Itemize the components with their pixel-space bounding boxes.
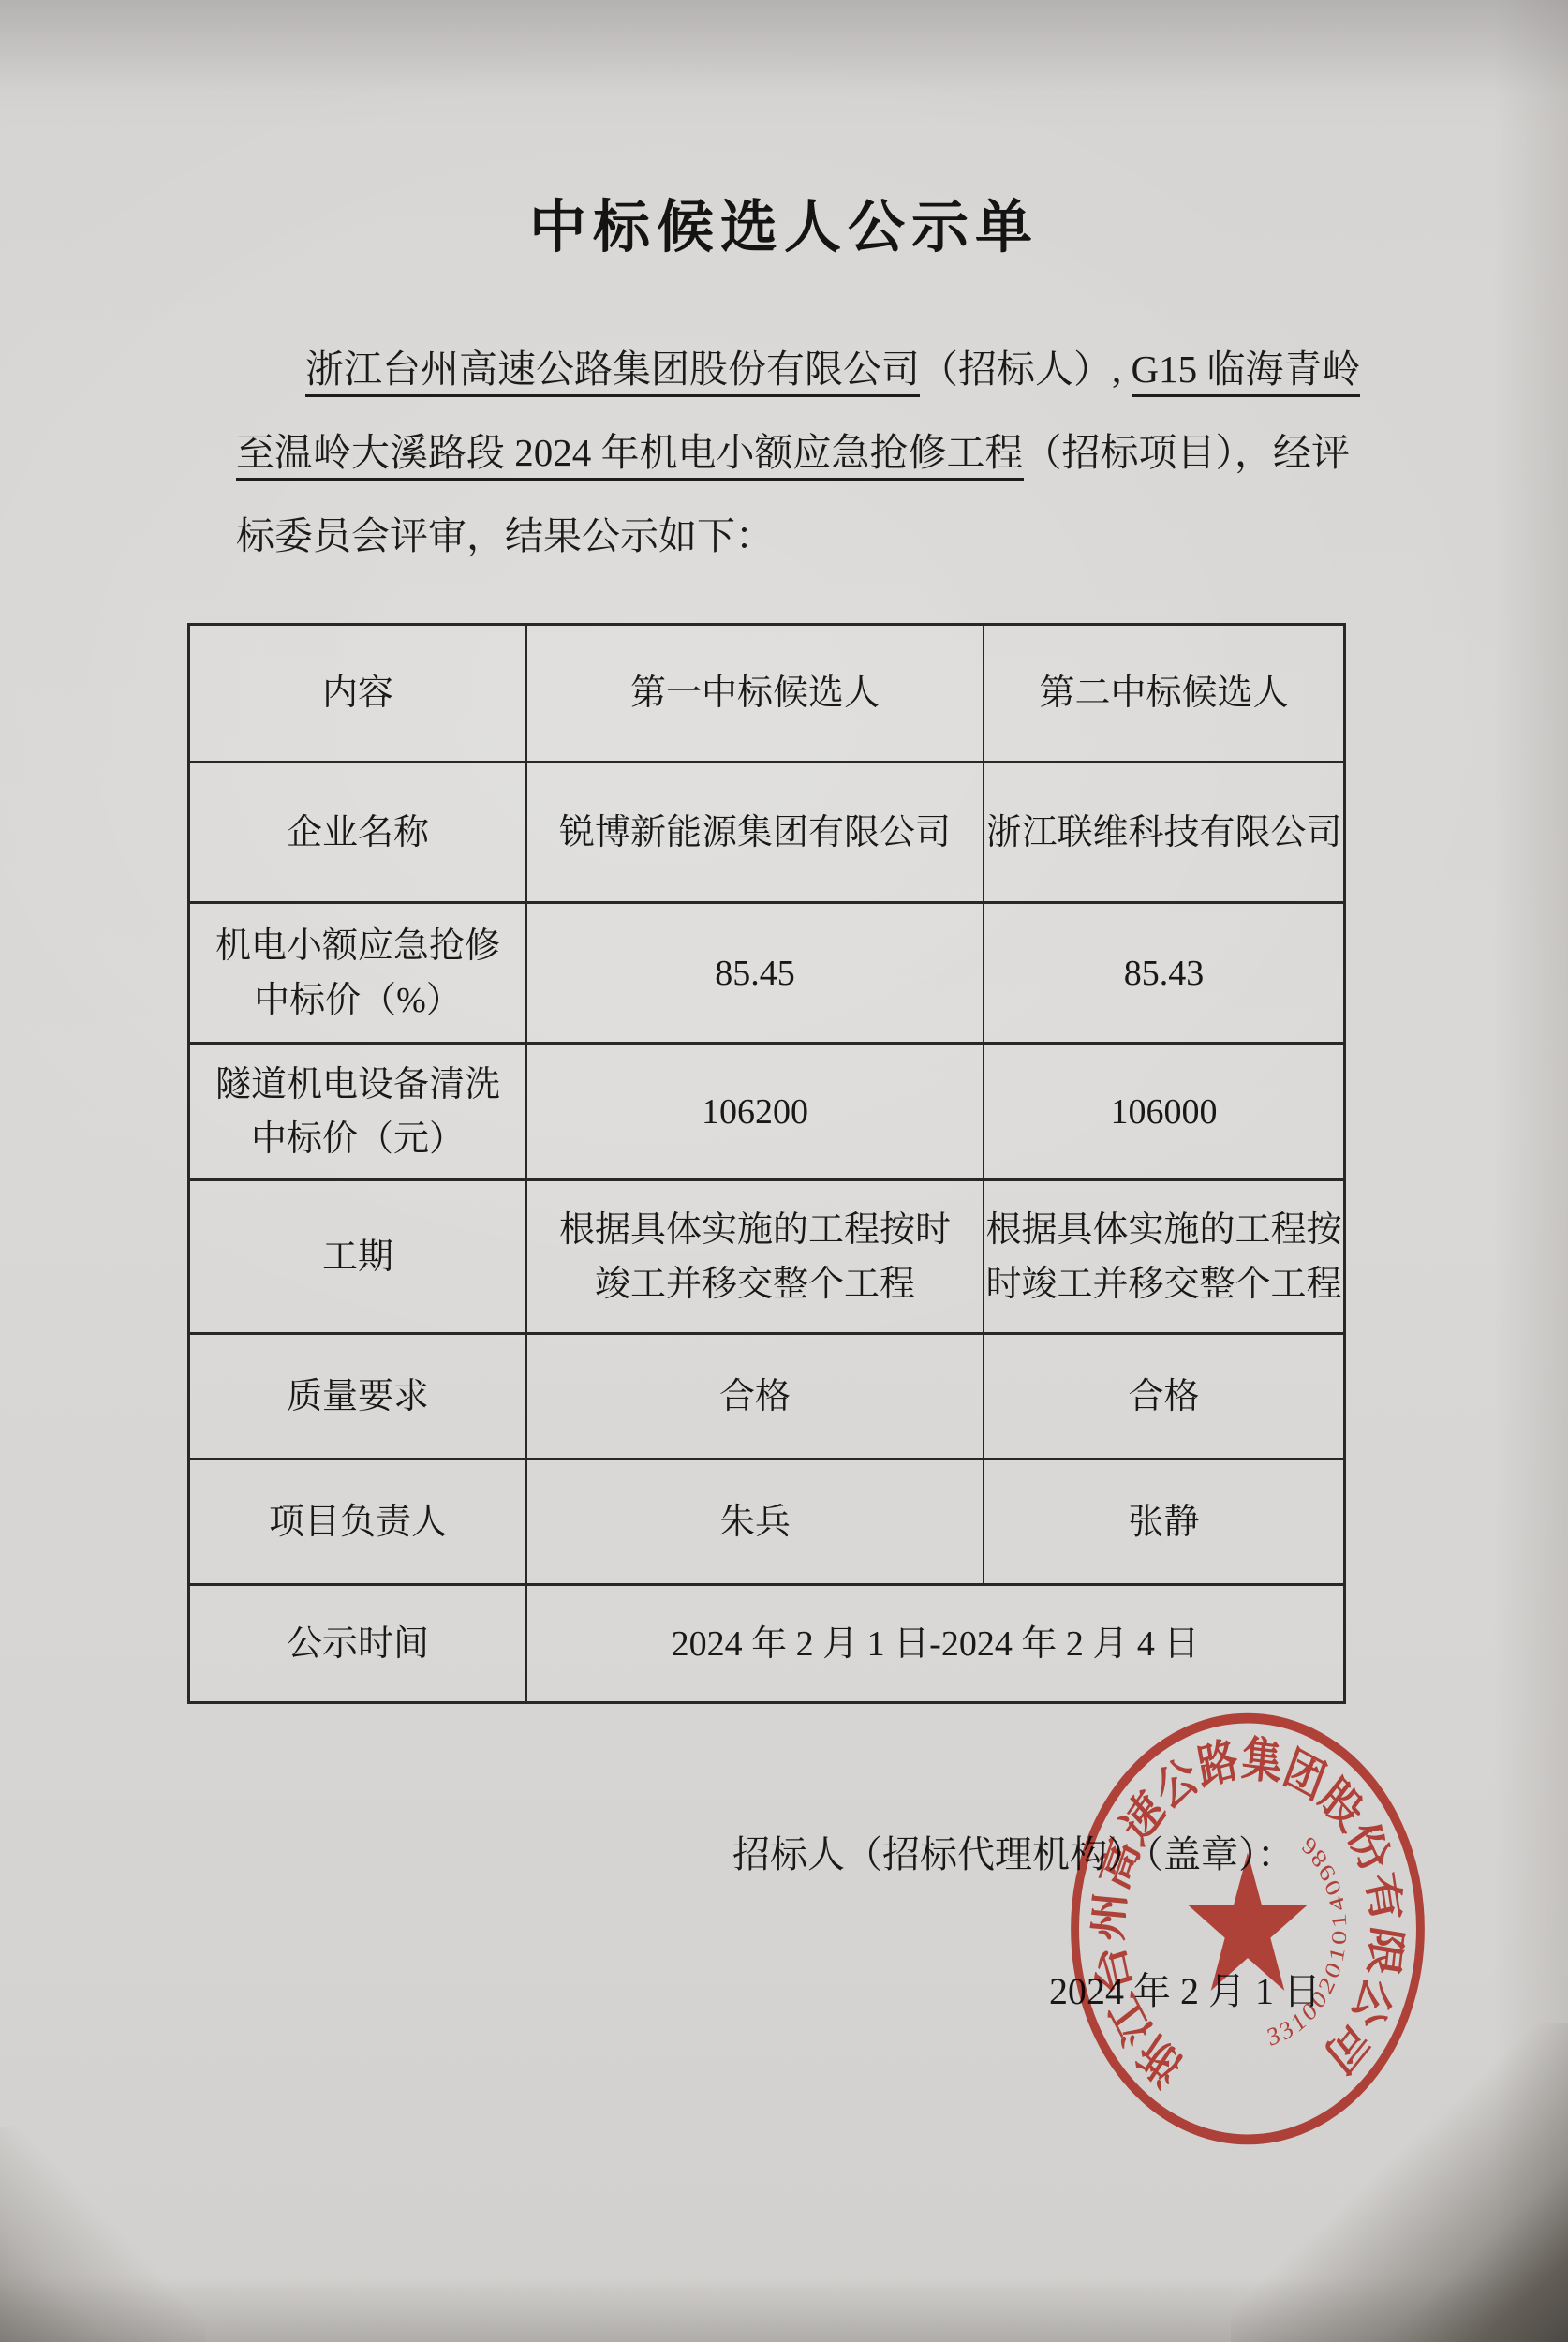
intro-line: 浙江台州高速公路集团股份有限公司（招标人）, G15 临海青岭	[236, 328, 1369, 411]
seal-star-icon	[1188, 1853, 1307, 1991]
table-cell-candidate2: 根据具体实施的工程按 时竣工并移交整个工程	[984, 1181, 1343, 1335]
table-row-label: 项目负责人	[190, 1460, 527, 1586]
intro-underlined-text: 浙江台州高速公路集团股份有限公司	[305, 348, 920, 397]
table-cell-candidate1: 85.45	[527, 904, 984, 1045]
intro-line: 标委员会评审，结果公示如下：	[236, 495, 1369, 578]
table-cell-candidate1: 合格	[527, 1335, 984, 1460]
table-row: 项目负责人朱兵张静	[190, 1460, 1343, 1586]
table-row-label: 机电小额应急抢修 中标价（%）	[190, 904, 527, 1045]
document-photo: 中标候选人公示单 浙江台州高速公路集团股份有限公司（招标人）, G15 临海青岭…	[0, 0, 1568, 2342]
table-cell-publicity-period: 2024 年 2 月 1 日-2024 年 2 月 4 日	[527, 1586, 1343, 1701]
table-header-cell: 第一中标候选人	[527, 626, 984, 763]
intro-text: 标委员会评审，结果公示如下：	[236, 514, 774, 557]
table-cell-candidate2: 106000	[984, 1045, 1343, 1181]
table-header-cell: 第二中标候选人	[984, 626, 1343, 763]
intro-underlined-text: G15 临海青岭	[1132, 348, 1361, 397]
table-cell-candidate1: 锐博新能源集团有限公司	[527, 763, 984, 904]
table-row: 隧道机电设备清洗 中标价（元）106200106000	[190, 1045, 1343, 1181]
table-cell-candidate2: 浙江联维科技有限公司	[984, 763, 1343, 904]
photo-shadow-corner-right	[1231, 2023, 1568, 2342]
table-row-label: 工期	[190, 1181, 527, 1335]
table-cell-candidate1: 根据具体实施的工程按时 竣工并移交整个工程	[527, 1181, 984, 1335]
table-row-label: 企业名称	[190, 763, 527, 904]
photo-vignette-top	[0, 0, 1568, 94]
photo-vignette-right	[1493, 0, 1568, 2342]
table-footer-row: 公示时间2024 年 2 月 1 日-2024 年 2 月 4 日	[190, 1586, 1343, 1701]
table-cell-candidate1: 朱兵	[527, 1460, 984, 1586]
page-title: 中标候选人公示单	[0, 182, 1568, 263]
table-header-cell: 内容	[190, 626, 527, 763]
table-row: 质量要求合格合格	[190, 1335, 1343, 1460]
intro-underlined-text: 至温岭大溪路段 2024 年机电小额应急抢修工程	[236, 431, 1024, 481]
candidates-table: 内容第一中标候选人第二中标候选人企业名称锐博新能源集团有限公司浙江联维科技有限公…	[187, 623, 1346, 1704]
table-cell-candidate2: 张静	[984, 1460, 1343, 1586]
intro-paragraph: 浙江台州高速公路集团股份有限公司（招标人）, G15 临海青岭至温岭大溪路段 2…	[236, 328, 1369, 578]
table-row-label: 隧道机电设备清洗 中标价（元）	[190, 1045, 527, 1181]
photo-shadow-corner-left	[0, 2127, 206, 2342]
table-row: 企业名称锐博新能源集团有限公司浙江联维科技有限公司	[190, 763, 1343, 904]
table-cell-candidate2: 85.43	[984, 904, 1343, 1045]
table-cell-candidate1: 106200	[527, 1045, 984, 1181]
intro-text: （招标人）,	[920, 348, 1132, 391]
intro-line: 至温岭大溪路段 2024 年机电小额应急抢修工程（招标项目），经评	[236, 411, 1369, 495]
table-header-row: 内容第一中标候选人第二中标候选人	[190, 626, 1343, 763]
table-row: 工期根据具体实施的工程按时 竣工并移交整个工程根据具体实施的工程按 时竣工并移交…	[190, 1181, 1343, 1335]
table-row: 机电小额应急抢修 中标价（%）85.4585.43	[190, 904, 1343, 1045]
table-row-label: 质量要求	[190, 1335, 527, 1460]
table-row-label: 公示时间	[190, 1586, 527, 1701]
intro-text: （招标项目），经评	[1024, 431, 1351, 474]
table-cell-candidate2: 合格	[984, 1335, 1343, 1460]
